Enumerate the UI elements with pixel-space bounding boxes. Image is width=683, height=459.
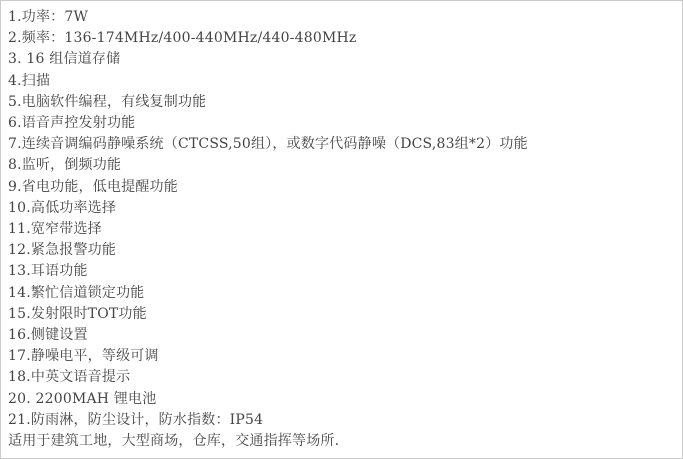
spec-line-ctcss-dcs: 7.连续音调编码静噪系统（CTCSS,50组），或数字代码静噪（DCS,83组*… [8,134,674,155]
spec-line-power-save: 9.省电功能，低电提醒功能 [8,177,674,198]
spec-line-whisper: 13.耳语功能 [8,261,674,282]
spec-line-vox: 6.语音声控发射功能 [8,113,674,134]
spec-line-voice-prompt: 18.中英文语音提示 [8,367,674,388]
product-spec-list: 1.功率：7W 2.频率：136-174MHz/400-440MHz/440-4… [0,0,683,459]
spec-line-power: 1.功率：7W [8,7,674,28]
spec-line-busy-lock: 14.繁忙信道锁定功能 [8,283,674,304]
spec-line-battery: 20. 2200MAH 锂电池 [8,389,674,410]
spec-line-scan: 4.扫描 [8,71,674,92]
spec-line-tot: 15.发射限时TOT功能 [8,304,674,325]
spec-line-programming: 5.电脑软件编程，有线复制功能 [8,92,674,113]
spec-line-waterproof: 21.防雨淋，防尘设计，防水指数：IP54 [8,410,674,431]
spec-line-bandwidth: 11.宽窄带选择 [8,219,674,240]
spec-line-side-key: 16.侧键设置 [8,325,674,346]
usage-note: 适用于建筑工地，大型商场，仓库，交通指挥等场所. [8,431,674,452]
spec-line-monitor: 8.监听，倒频功能 [8,155,674,176]
spec-line-squelch: 17.静噪电平，等级可调 [8,346,674,367]
spec-line-frequency: 2.频率：136-174MHz/400-440MHz/440-480MHz [8,28,674,49]
spec-line-hi-lo-power: 10.高低功率选择 [8,198,674,219]
spec-line-emergency: 12.紧急报警功能 [8,240,674,261]
spec-line-channels: 3. 16 组信道存储 [8,49,674,70]
